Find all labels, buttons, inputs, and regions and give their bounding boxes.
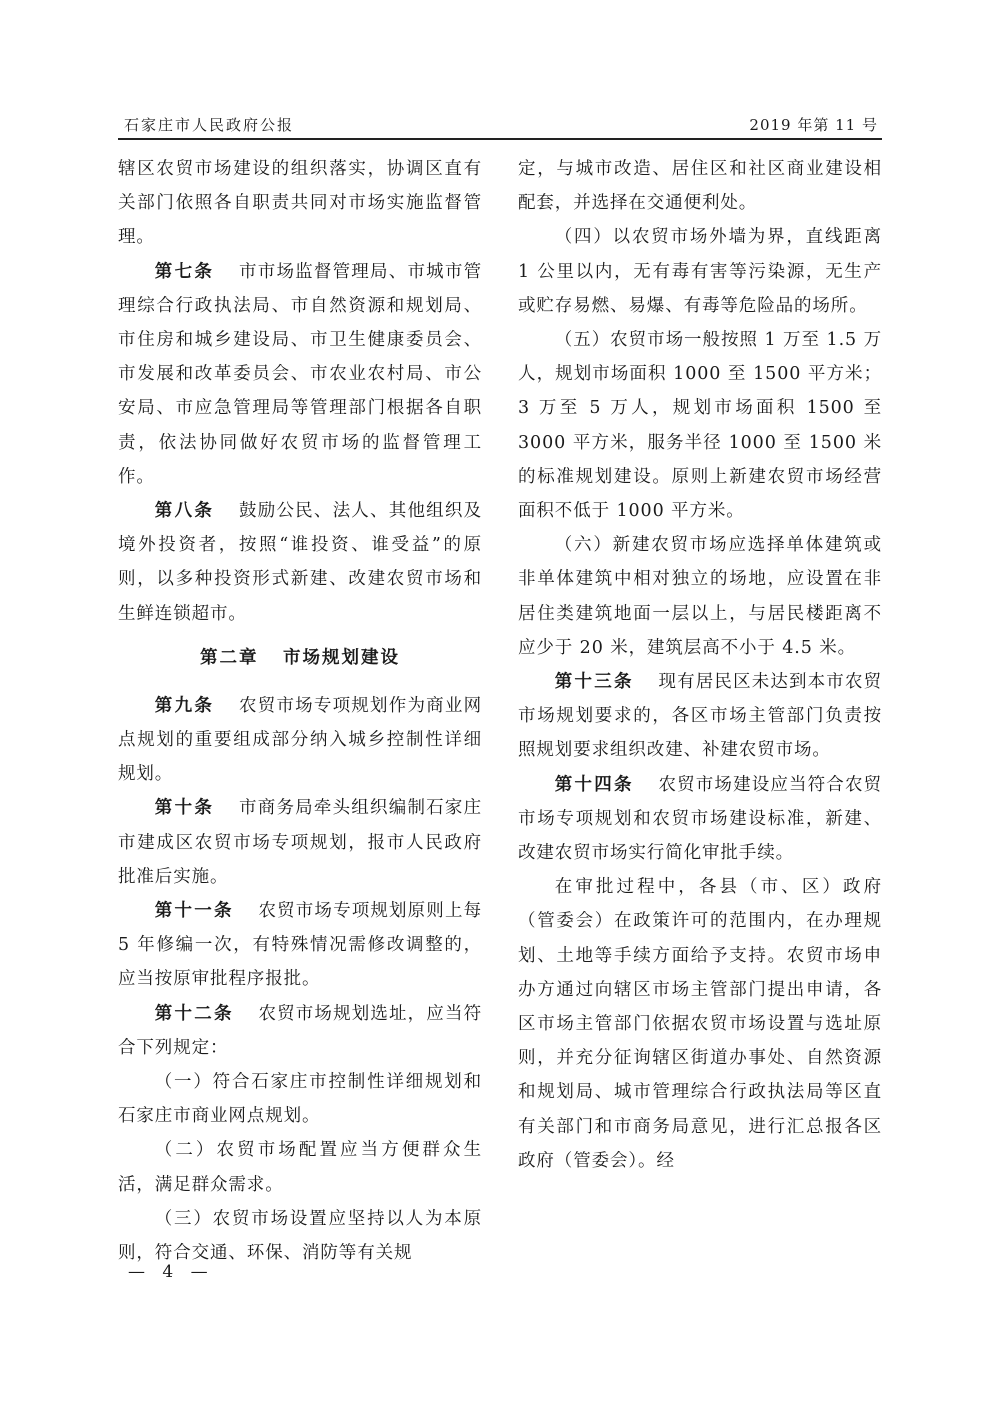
article-9: 第九条农贸市场专项规划作为商业网点规划的重要组成部分纳入城乡控制性详细规划。 — [118, 689, 482, 792]
clause-6: （六）新建农贸市场应选择单体建筑或非单体建筑中相对独立的场地，应设置在非居住类建… — [518, 528, 882, 665]
paragraph: 定，与城市改造、居住区和社区商业建设相配套，并选择在交通便利处。 — [518, 152, 882, 220]
chapter-heading: 第二章市场规划建设 — [118, 631, 482, 689]
article-title: 第十二条 — [155, 1004, 234, 1024]
article-title: 第九条 — [155, 696, 214, 716]
article-title: 第十三条 — [555, 672, 634, 692]
page-number: — 4 — — [128, 1262, 214, 1282]
chapter-number: 第二章 — [200, 648, 259, 668]
issue-number: 2019 年第 11 号 — [749, 114, 878, 135]
paragraph: 在审批过程中，各县（市、区）政府（管委会）在政策许可的范围内，在办理规划、土地等… — [518, 870, 882, 1178]
header-rule — [118, 138, 882, 140]
clause-5: （五）农贸市场一般按照 1 万至 1.5 万人，规划市场面积 1000 至 15… — [518, 323, 882, 528]
article-title: 第八条 — [155, 501, 214, 521]
article-title: 第十一条 — [155, 901, 234, 921]
chapter-title: 市场规划建设 — [283, 648, 400, 668]
article-title: 第十四条 — [555, 775, 634, 795]
page-header: 石家庄市人民政府公报 2019 年第 11 号 — [118, 112, 882, 138]
article-11: 第十一条农贸市场专项规划原则上每 5 年修编一次，有特殊情况需修改调整的，应当按… — [118, 894, 482, 997]
clause-3: （三）农贸市场设置应坚持以人为本原则，符合交通、环保、消防等有关规 — [118, 1202, 482, 1270]
publication-title: 石家庄市人民政府公报 — [124, 114, 294, 135]
article-title: 第十条 — [155, 798, 214, 818]
paragraph: 辖区农贸市场建设的组织落实，协调区直有关部门依照各自职责共同对市场实施监督管理。 — [118, 152, 482, 255]
article-7: 第七条市市场监督管理局、市城市管理综合行政执法局、市自然资源和规划局、市住房和城… — [118, 255, 482, 494]
clause-2: （二）农贸市场配置应当方便群众生活，满足群众需求。 — [118, 1133, 482, 1201]
article-8: 第八条鼓励公民、法人、其他组织及境外投资者，按照“谁投资、谁受益”的原则，以多种… — [118, 494, 482, 631]
right-column: 定，与城市改造、居住区和社区商业建设相配套，并选择在交通便利处。 （四）以农贸市… — [518, 152, 882, 1178]
article-text: 市市场监督管理局、市城市管理综合行政执法局、市自然资源和规划局、市住房和城乡建设… — [118, 262, 482, 487]
left-column: 辖区农贸市场建设的组织落实，协调区直有关部门依照各自职责共同对市场实施监督管理。… — [118, 152, 482, 1270]
article-12: 第十二条农贸市场规划选址，应当符合下列规定： — [118, 997, 482, 1065]
clause-1: （一）符合石家庄市控制性详细规划和石家庄市商业网点规划。 — [118, 1065, 482, 1133]
article-10: 第十条市商务局牵头组织编制石家庄市建成区农贸市场专项规划，报市人民政府批准后实施… — [118, 791, 482, 894]
clause-4: （四）以农贸市场外墙为界，直线距离 1 公里以内，无有毒有害等污染源，无生产或贮… — [518, 220, 882, 323]
article-13: 第十三条现有居民区未达到本市农贸市场规划要求的，各区市场主管部门负责按照规划要求… — [518, 665, 882, 768]
article-title: 第七条 — [155, 262, 214, 282]
article-14: 第十四条农贸市场建设应当符合农贸市场专项规划和农贸市场建设标准，新建、改建农贸市… — [518, 768, 882, 871]
